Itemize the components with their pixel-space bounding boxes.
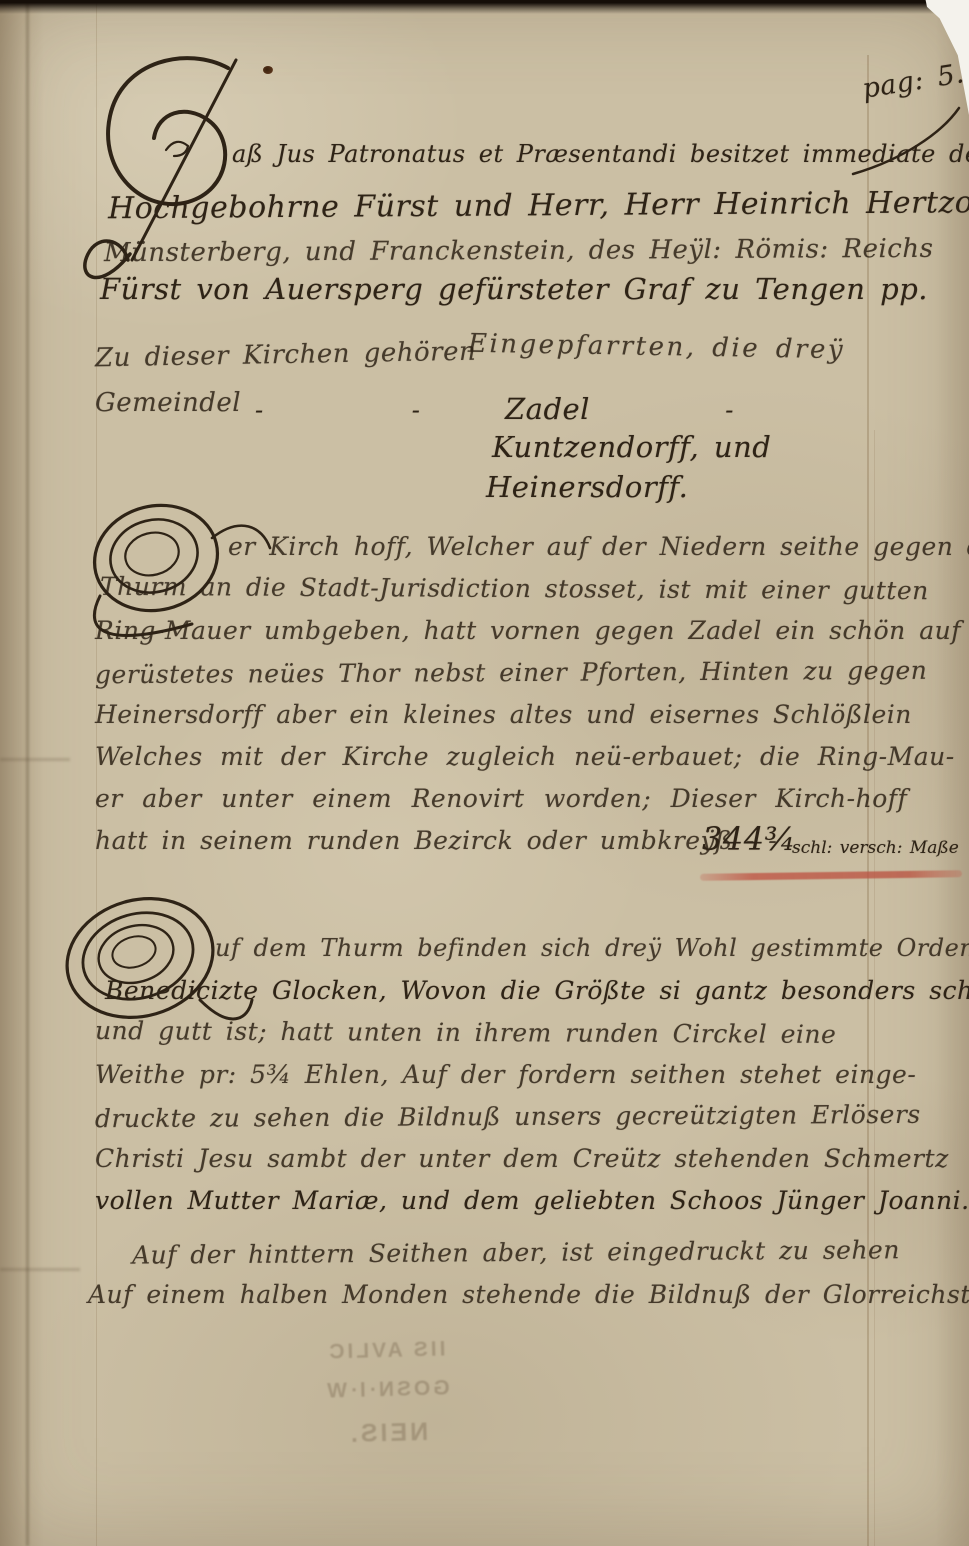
manuscript-line: und gutt ist; hatt unten in ihrem runden… <box>95 1016 837 1049</box>
manuscript-line: Thurm an die Stadt-Jurisdiction stosset,… <box>100 572 929 605</box>
stamp-line: NEIS. <box>292 1407 483 1458</box>
village-name: Kuntzendorff, und <box>492 430 771 464</box>
manuscript-line: Heinersdorff aber ein kleines altes und … <box>95 700 912 729</box>
manuscript-line: Münsterberg, und Franckenstein, des Heÿl… <box>104 234 934 268</box>
fold-crease <box>26 0 29 1546</box>
manuscript-line: hatt in seinem runden Bezirck oder umbkr… <box>95 826 777 855</box>
manuscript-line: uf dem Thurm befinden sich dreÿ Wohl ges… <box>215 934 969 962</box>
horizontal-crease <box>0 758 70 761</box>
village-name: Heinersdorff. <box>486 470 688 504</box>
manuscript-line: er aber unter einem Renovirt worden; Die… <box>95 784 907 813</box>
horizontal-crease <box>0 1268 80 1271</box>
village-name: Zadel <box>505 392 590 426</box>
circumference-value: 344¾ <box>702 820 796 858</box>
manuscript-line: Benedicizte Glocken, Wovon die Größte si… <box>105 976 969 1005</box>
manuscript-line: gerüstetes neües Thor nebst einer Pforte… <box>95 656 927 689</box>
manuscript-line: Weithe pr: 5¾ Ehlen, Auf der fordern sei… <box>95 1060 916 1089</box>
manuscript-line: Eingepfarrten, die dreÿ <box>468 329 846 366</box>
manuscript-line: druckte zu sehen die Bildnuß unsers gecr… <box>95 1100 921 1133</box>
manuscript-line: Gemeindel <box>95 388 241 418</box>
binding-edge <box>0 0 44 1546</box>
manuscript-line: vollen Mutter Mariæ, und dem geliebten S… <box>95 1186 969 1215</box>
manuscript-line: Christi Jesu sambt der unter dem Creütz … <box>95 1144 949 1173</box>
manuscript-line: er Kirch hoff, Welcher auf der Niedern s… <box>228 532 969 561</box>
stamp-line: GOSN·I·W <box>291 1368 482 1412</box>
manuscript-page: pag: 5. aß Jus Patronatus et Præsentandi… <box>0 0 969 1546</box>
manuscript-line: Hochgebohrne Fürst und Herr, Herr Heinri… <box>108 185 969 227</box>
manuscript-line: Fürst von Auersperg gefürsteter Graf zu … <box>100 272 928 306</box>
manuscript-line: Zu dieser Kirchen gehören <box>95 337 477 374</box>
stamp-line: IIS AVLIC <box>290 1330 481 1374</box>
manuscript-line: Auf einem halben Monden stehende die Bil… <box>88 1280 969 1309</box>
dash-leaders: - - - - <box>255 396 734 424</box>
manuscript-line: aß Jus Patronatus et Præsentandi besitze… <box>232 140 969 168</box>
manuscript-line: Ring-Mauer umbgeben, hatt vornen gegen Z… <box>95 616 961 645</box>
bleedthrough-stamp: IIS AVLIC GOSN·I·W NEIS. <box>290 1330 483 1459</box>
red-underline-mark <box>700 870 962 881</box>
manuscript-line: Welches mit der Kirche zugleich neü-erba… <box>95 742 955 771</box>
circumference-unit: schl: versch: Maße <box>792 838 959 858</box>
page-curvature-shade <box>935 0 969 1546</box>
top-edge-shadow <box>0 0 969 14</box>
manuscript-line: Auf der hinttern Seithen aber, ist einge… <box>132 1235 900 1269</box>
